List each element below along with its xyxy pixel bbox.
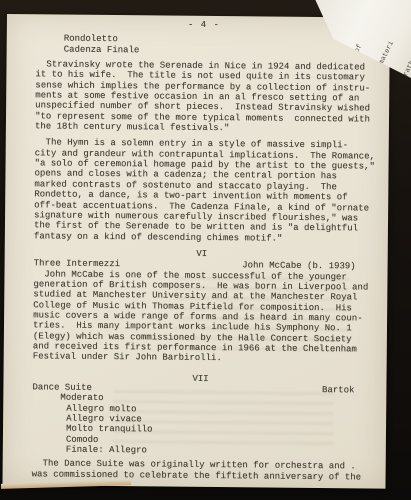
serenade-movement-list: Rondoletto Cadenza Finale bbox=[64, 34, 372, 58]
folded-text-fragment: the rathe bbox=[395, 52, 411, 94]
movement-item: Cadenza Finale bbox=[64, 44, 372, 57]
dance-suite-movement-list: Moderato Allegro molto Allegro vivace Mo… bbox=[66, 393, 369, 458]
page-content: - 4 - Rondoletto Cadenza Finale Stravins… bbox=[32, 18, 372, 482]
paragraph-hymn: The Hymn is a solemn entry in a style of… bbox=[34, 138, 371, 245]
movement-item: Finale: Allegro bbox=[66, 445, 368, 458]
page-number: - 4 - bbox=[36, 18, 372, 32]
paragraph-stravinsky: Stravinsky wrote the Serenade in Nice in… bbox=[35, 59, 372, 135]
paragraph-dance-suite: The Dance Suite was originally written f… bbox=[32, 459, 368, 483]
section-vi: VI Three Intermezzi John McCabe (b. 1939… bbox=[34, 248, 370, 272]
work-title-dance-suite: Dance Suite bbox=[32, 382, 92, 393]
work-title-three-intermezzi: Three Intermezzi bbox=[34, 258, 121, 269]
composer-john-mccabe: John McCabe (b. 1939) bbox=[242, 260, 370, 272]
paragraph-mccabe: John McCabe is one of the most successfu… bbox=[33, 269, 370, 365]
composer-bartok: Bartok bbox=[322, 385, 369, 396]
document-page: - 4 - Rondoletto Cadenza Finale Stravins… bbox=[2, 14, 390, 489]
